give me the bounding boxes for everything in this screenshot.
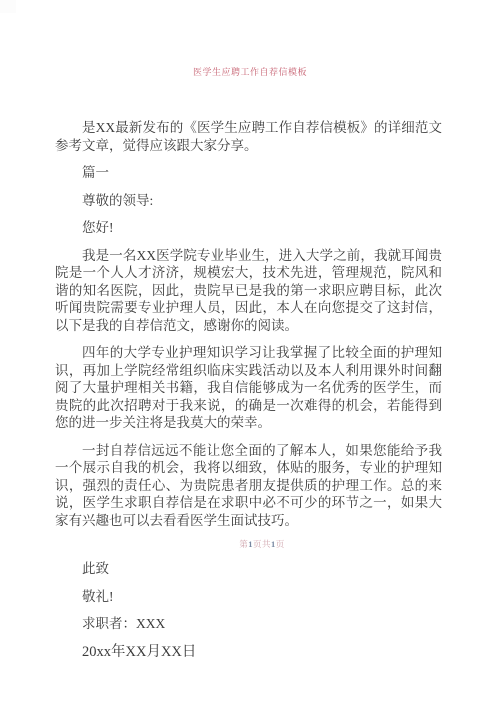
corner-artifact xyxy=(0,0,16,13)
page-indicator-label-page: 第 xyxy=(239,539,248,549)
body-paragraph: 一封自荐信远远不能让您全面的了解本人，如果您能给予我一个展示自我的机会，我将以细… xyxy=(55,442,442,530)
date-line: 20xx年XX月XX日 xyxy=(55,643,442,661)
page-indicator-label-of: 页共 xyxy=(253,539,271,549)
closing-salute: 敬礼! xyxy=(55,588,442,606)
body-paragraph: 四年的大学专业护理知识学习让我掌握了比较全面的护理知识，再加上学院经常组织临床实… xyxy=(55,344,442,432)
signature-line: 求职者：XXX xyxy=(55,615,442,633)
page-title: 医学生应聘工作自荐信模板 xyxy=(0,0,500,78)
page-indicator: 第1页共1页 xyxy=(55,539,442,550)
closing-regards: 此致 xyxy=(55,560,442,578)
salutation: 尊敬的领导: xyxy=(55,192,442,210)
body-paragraph: 我是一名XX医学院专业毕业生，进入大学之前，我就耳闻贵院是一个人人才济济，规模宏… xyxy=(55,247,442,335)
letter-body: 是XX最新发布的《医学生应聘工作自荐信模板》的详细范文参考文章，觉得应该跟大家分… xyxy=(55,119,442,661)
page-indicator-label-suffix: 页 xyxy=(276,539,285,549)
section-label: 篇一 xyxy=(55,164,442,182)
intro-paragraph: 是XX最新发布的《医学生应聘工作自荐信模板》的详细范文参考文章，觉得应该跟大家分… xyxy=(55,119,442,154)
greeting: 您好! xyxy=(55,219,442,237)
